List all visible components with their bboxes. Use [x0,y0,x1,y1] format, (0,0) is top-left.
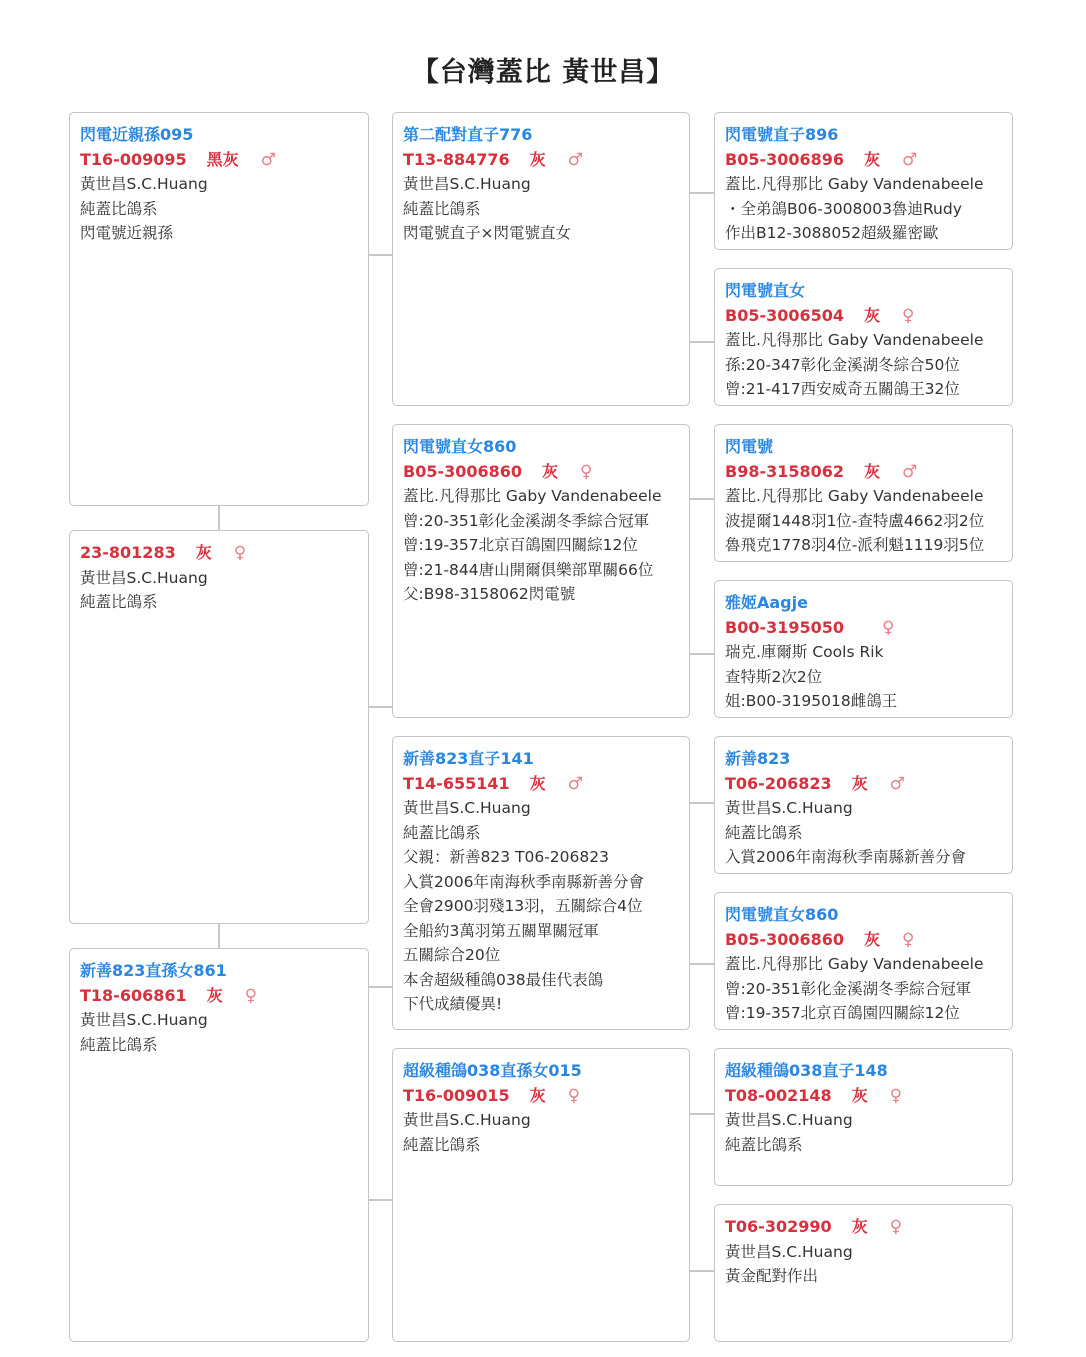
pigeon-card-subject[interactable]: 閃電近親孫095 T16-009095黑灰♂ 黃世昌S.C.Huang 純蓋比鴿… [69,112,369,506]
connector [368,254,393,256]
ring-row: B05-3006896灰♂ [725,148,1002,173]
info-line: 下代成績優異! [403,992,679,1017]
pigeon-card-dam[interactable]: 23-801283灰♀ 黃世昌S.C.Huang 純蓋比鴿系 [69,530,369,924]
info-line: 父:B98-3158062閃電號 [403,582,679,607]
connector [368,986,393,988]
feather-color: 灰 [530,1084,546,1109]
ring-row: B98-3158062灰♂ [725,460,1002,485]
connector [368,1199,393,1201]
pigeon-card-dd-s[interactable]: 新善823直子141 T14-655141灰♂ 黃世昌S.C.Huang 純蓋比… [392,736,690,1030]
pigeon-name: 閃電號直女860 [403,435,679,460]
pigeon-card-d-s-d[interactable]: 雅姬Aagje B00-3195050♀ 瑞克.庫爾斯 Cools Rik 查特… [714,580,1013,718]
info-line: 純蓋比鴿系 [725,1133,1002,1158]
info-line: 黃金配對作出 [725,1264,1002,1289]
ring-number: B05-3006860 [725,928,844,953]
pigeon-card-sire[interactable]: 第二配對直子776 T13-884776灰♂ 黃世昌S.C.Huang 純蓋比鴿… [392,112,690,406]
info-line: 姐:B00-3195018雌鴿王 [725,689,1002,714]
pigeon-card-dd-d-s[interactable]: 超級種鴿038直子148 T08-002148灰♀ 黃世昌S.C.Huang 純… [714,1048,1013,1186]
female-icon: ♀ [882,616,894,641]
info-line: 黃世昌S.C.Huang [725,1108,1002,1133]
feather-color: 灰 [852,1215,868,1240]
feather-color: 灰 [864,304,880,329]
ring-row: T18-606861灰♀ [80,984,358,1009]
female-icon: ♀ [580,460,592,485]
feather-color: 灰 [530,772,546,797]
ring-number: T08-002148 [725,1084,832,1109]
info-line: 查特斯2次2位 [725,665,1002,690]
female-icon: ♀ [890,1084,902,1109]
pigeon-card-dd-d-d[interactable]: T06-302990灰♀ 黃世昌S.C.Huang 黃金配對作出 [714,1204,1013,1342]
pigeon-name: 超級種鴿038直子148 [725,1059,1002,1084]
ring-row: 23-801283灰♀ [80,541,358,566]
connector [690,1270,714,1272]
ring-number: B00-3195050 [725,616,844,641]
feather-color: 灰 [530,148,546,173]
connector [690,192,714,194]
info-line: 全會2900羽殘13羽，五關綜合4位 [403,894,679,919]
info-line: 純蓋比鴿系 [403,1133,679,1158]
info-line: 閃電號近親孫 [80,221,358,246]
ring-number: B05-3006896 [725,148,844,173]
ring-row: B00-3195050♀ [725,616,1002,641]
pigeon-card-dd-s-d[interactable]: 閃電號直女860 B05-3006860灰♀ 蓋比.凡得那比 Gaby Vand… [714,892,1013,1030]
ring-row: T08-002148灰♀ [725,1084,1002,1109]
info-line: 黃世昌S.C.Huang [80,172,358,197]
female-icon: ♀ [245,984,257,1009]
male-icon: ♂ [261,148,276,173]
ring-row: T16-009015灰♀ [403,1084,679,1109]
pigeon-name: 閃電號 [725,435,1002,460]
connector [690,963,714,965]
ring-row: T13-884776灰♂ [403,148,679,173]
info-line: 父親：新善823 T06-206823 [403,845,679,870]
page-title: 【台灣蓋比 黃世昌】 [0,50,1086,89]
info-line: ・全弟鴿B06-3008003魯迪Rudy [725,197,1002,222]
info-line: 作出B12-3088052超級羅密歐 [725,221,1002,246]
female-icon: ♀ [902,304,914,329]
ring-row: T16-009095黑灰♂ [80,148,358,173]
feather-color: 灰 [864,460,880,485]
male-icon: ♂ [902,460,917,485]
male-icon: ♂ [890,772,905,797]
pigeon-card-dd-s-s[interactable]: 新善823 T06-206823灰♂ 黃世昌S.C.Huang 純蓋比鴿系 入賞… [714,736,1013,874]
ring-row: T06-206823灰♂ [725,772,1002,797]
ring-number: T14-655141 [403,772,510,797]
feather-color: 灰 [207,984,223,1009]
info-line: 黃世昌S.C.Huang [725,1240,1002,1265]
info-line: 魯飛克1778羽4位-派利魁1119羽5位 [725,533,1002,558]
info-line: 蓋比.凡得那比 Gaby Vandenabeele [725,952,1002,977]
pigeon-name: 新善823直孫女861 [80,959,358,984]
ring-number: T06-302990 [725,1215,832,1240]
female-icon: ♀ [890,1215,902,1240]
connector [218,923,220,948]
pigeon-card-granddaughter[interactable]: 新善823直孫女861 T18-606861灰♀ 黃世昌S.C.Huang 純蓋… [69,948,369,1342]
ring-row: B05-3006860灰♀ [725,928,1002,953]
connector [218,505,220,530]
info-line: 曾:21-844唐山開爾俱樂部單關66位 [403,558,679,583]
pigeon-card-d-s[interactable]: 閃電號直女860 B05-3006860灰♀ 蓋比.凡得那比 Gaby Vand… [392,424,690,718]
connector [690,341,714,343]
pigeon-card-dd-d[interactable]: 超級種鴿038直孫女015 T16-009015灰♀ 黃世昌S.C.Huang … [392,1048,690,1342]
info-line: 瑞克.庫爾斯 Cools Rik [725,640,1002,665]
info-line: 黃世昌S.C.Huang [403,172,679,197]
connector [690,802,714,804]
ring-number: T16-009095 [80,148,187,173]
info-line: 純蓋比鴿系 [80,197,358,222]
info-line: 入賞2006年南海秋季南縣新善分會 [403,870,679,895]
ring-number: B05-3006504 [725,304,844,329]
pigeon-name: 新善823 [725,747,1002,772]
male-icon: ♂ [568,772,583,797]
info-line: 本舍超級種鴿038最佳代表鴿 [403,968,679,993]
ring-number: 23-801283 [80,541,176,566]
pigeon-name: 第二配對直子776 [403,123,679,148]
connector [690,1113,714,1115]
female-icon: ♀ [234,541,246,566]
pigeon-card-d-s-s[interactable]: 閃電號 B98-3158062灰♂ 蓋比.凡得那比 Gaby Vandenabe… [714,424,1013,562]
ring-row: T06-302990灰♀ [725,1215,1002,1240]
pigeon-name: 閃電近親孫095 [80,123,358,148]
connector [690,498,714,500]
info-line: 黃世昌S.C.Huang [725,796,1002,821]
pigeon-name: 雅姬Aagje [725,591,1002,616]
info-line: 曾:19-357北京百鴿園四關綜12位 [725,1001,1002,1026]
info-line: 曾:19-357北京百鴿園四關綜12位 [403,533,679,558]
pigeon-name: 超級種鴿038直孫女015 [403,1059,679,1084]
feather-color: 灰 [852,1084,868,1109]
info-line: 黃世昌S.C.Huang [80,1008,358,1033]
ring-number: T16-009015 [403,1084,510,1109]
info-line: 閃電號直子×閃電號直女 [403,221,679,246]
info-line: 純蓋比鴿系 [80,590,358,615]
info-line: 波提爾1448羽1位-查特盧4662羽2位 [725,509,1002,534]
info-line: 曾:20-351彰化金溪湖冬季綜合冠軍 [403,509,679,534]
info-line: 蓋比.凡得那比 Gaby Vandenabeele [725,172,1002,197]
female-icon: ♀ [568,1084,580,1109]
pigeon-name: 新善823直子141 [403,747,679,772]
pigeon-card-ss[interactable]: 閃電號直子896 B05-3006896灰♂ 蓋比.凡得那比 Gaby Vand… [714,112,1013,250]
info-line: 純蓋比鴿系 [80,1033,358,1058]
feather-color: 灰 [864,928,880,953]
info-line: 蓋比.凡得那比 Gaby Vandenabeele [403,484,679,509]
ring-number: T13-884776 [403,148,510,173]
ring-row: B05-3006860灰♀ [403,460,679,485]
pigeon-card-sd[interactable]: 閃電號直女 B05-3006504灰♀ 蓋比.凡得那比 Gaby Vandena… [714,268,1013,406]
feather-color: 灰 [196,541,212,566]
info-line: 純蓋比鴿系 [725,821,1002,846]
pigeon-name: 閃電號直子896 [725,123,1002,148]
info-line: 曾:20-351彰化金溪湖冬季綜合冠軍 [725,977,1002,1002]
connector [368,706,393,708]
feather-color: 灰 [852,772,868,797]
info-line: 入賞2006年南海秋季南縣新善分會 [725,845,1002,870]
female-icon: ♀ [902,928,914,953]
info-line: 五關綜合20位 [403,943,679,968]
info-line: 孫:20-347彰化金溪湖冬綜合50位 [725,353,1002,378]
info-line: 黃世昌S.C.Huang [80,566,358,591]
ring-number: T18-606861 [80,984,187,1009]
male-icon: ♂ [902,148,917,173]
feather-color: 黑灰 [207,148,239,173]
ring-row: T14-655141灰♂ [403,772,679,797]
feather-color: 灰 [864,148,880,173]
pigeon-name: 閃電號直女 [725,279,1002,304]
pigeon-name: 閃電號直女860 [725,903,1002,928]
feather-color: 灰 [542,460,558,485]
info-line: 蓋比.凡得那比 Gaby Vandenabeele [725,484,1002,509]
info-line: 曾:21-417西安威奇五關鴿王32位 [725,377,1002,402]
ring-number: B98-3158062 [725,460,844,485]
info-line: 純蓋比鴿系 [403,821,679,846]
connector [690,653,714,655]
male-icon: ♂ [568,148,583,173]
info-line: 純蓋比鴿系 [403,197,679,222]
ring-number: T06-206823 [725,772,832,797]
info-line: 全船約3萬羽第五關單關冠軍 [403,919,679,944]
info-line: 黃世昌S.C.Huang [403,1108,679,1133]
ring-row: B05-3006504灰♀ [725,304,1002,329]
ring-number: B05-3006860 [403,460,522,485]
info-line: 蓋比.凡得那比 Gaby Vandenabeele [725,328,1002,353]
info-line: 黃世昌S.C.Huang [403,796,679,821]
